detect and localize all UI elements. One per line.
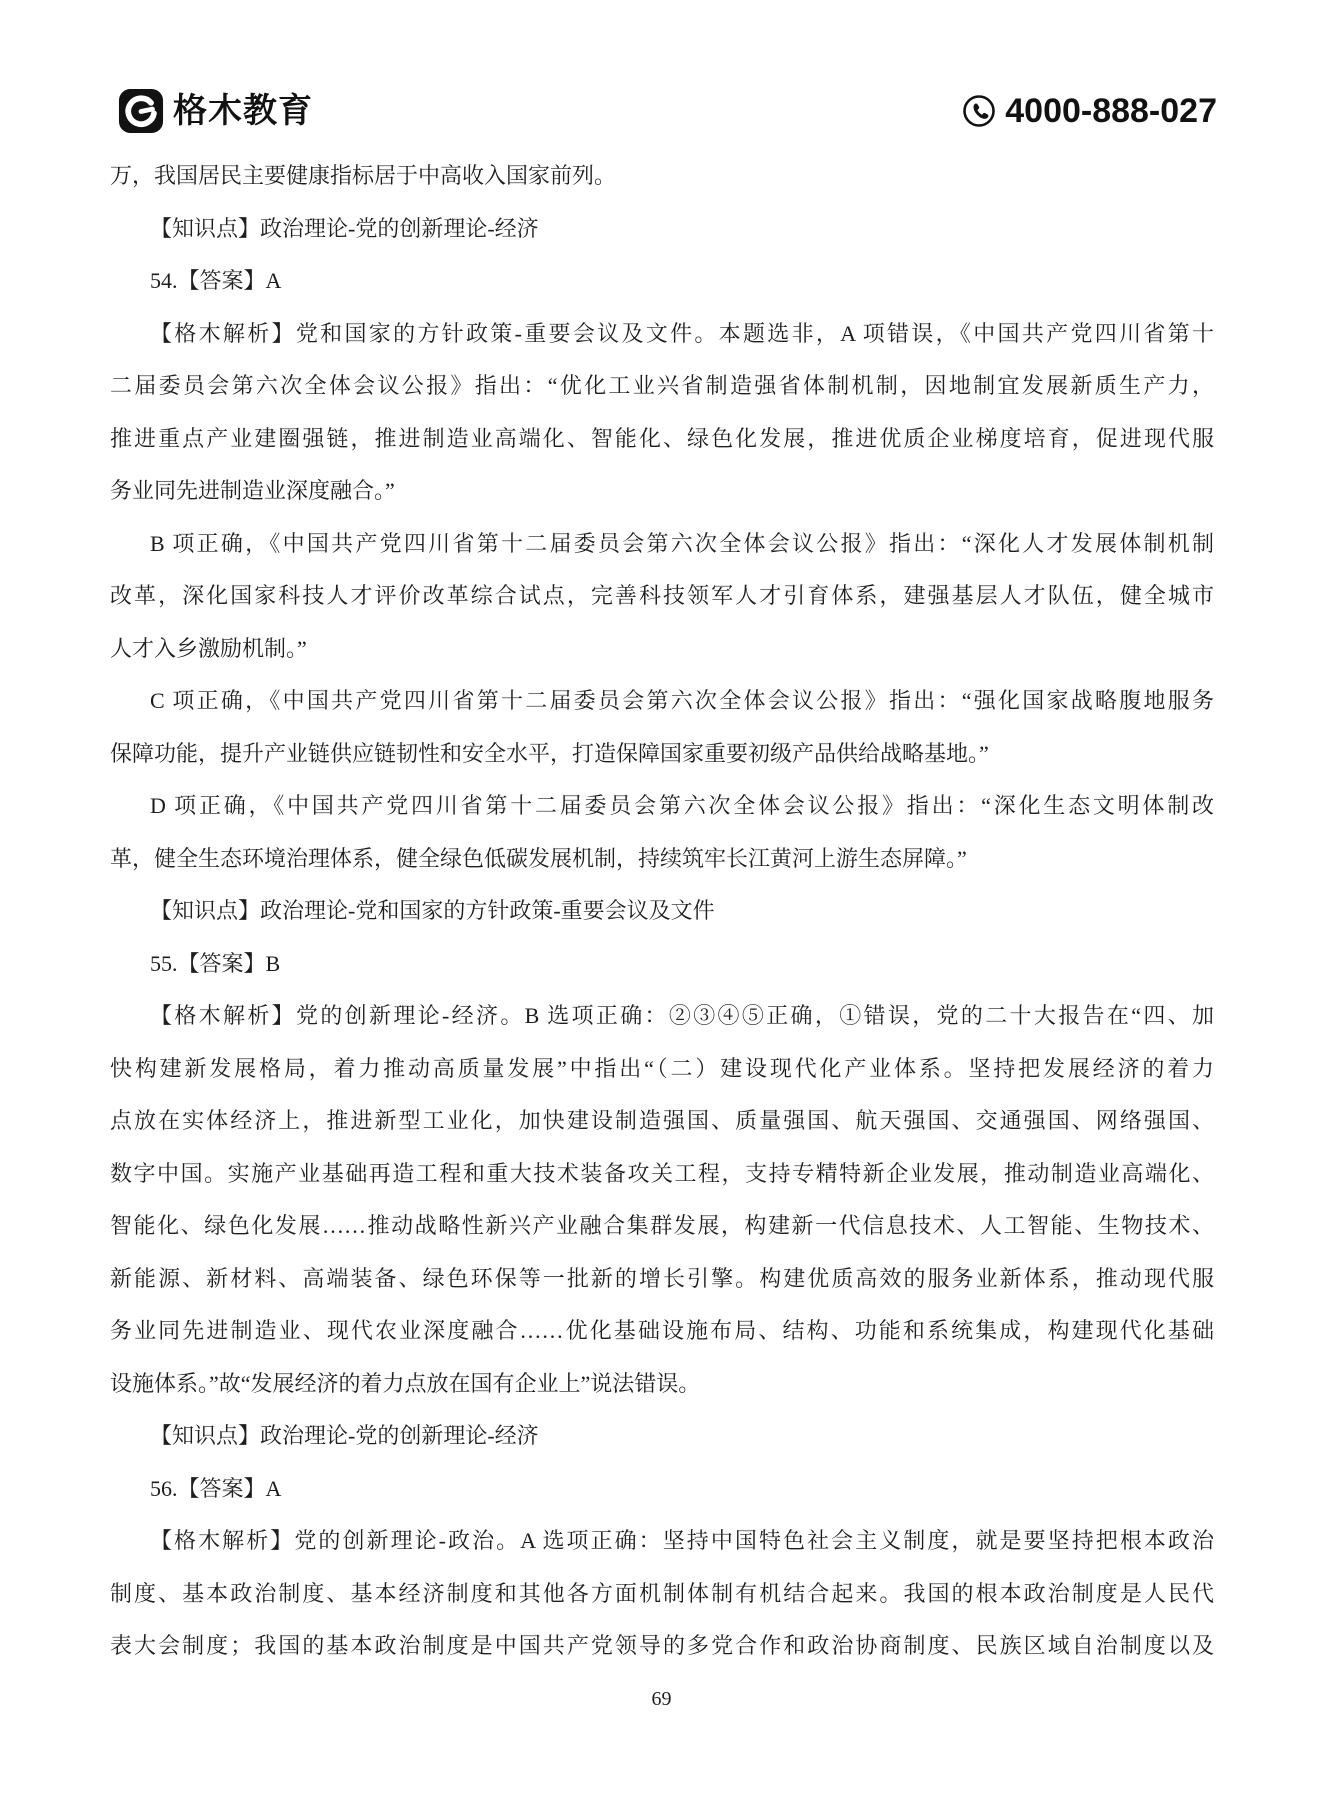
text-line: 56.【答案】A — [110, 1463, 1214, 1516]
page-header: 格木教育 4000-888-027 — [118, 84, 1217, 138]
text-line: 智能化、绿色化发展……推动战略性新兴产业融合集群发展，构建新一代信息技术、人工智… — [110, 1200, 1214, 1253]
text-line: C 项正确，《中国共产党四川省第十二届委员会第六次全体会议公报》指出：“强化国家… — [110, 675, 1214, 728]
para-analysis-54-d: D 项正确，《中国共产党四川省第十二届委员会第六次全体会议公报》指出：“深化生态… — [110, 780, 1214, 885]
text-line: 新能源、新材料、高端装备、绿色环保等一批新的增长引擎。构建优质高效的服务业新体系… — [110, 1253, 1214, 1306]
text-line: 【知识点】政治理论-党的创新理论-经济 — [110, 1410, 1214, 1463]
text-line: 【知识点】政治理论-党和国家的方针政策-重要会议及文件 — [110, 885, 1214, 938]
para-analysis-54-c: C 项正确，《中国共产党四川省第十二届委员会第六次全体会议公报》指出：“强化国家… — [110, 675, 1214, 780]
gemu-logo-icon — [118, 88, 164, 134]
para-answer-55: 55.【答案】B — [110, 938, 1214, 991]
phone-contact: 4000-888-027 — [961, 93, 1217, 129]
text-line: B 项正确，《中国共产党四川省第十二届委员会第六次全体会议公报》指出：“深化人才… — [110, 518, 1214, 571]
phone-icon — [961, 93, 997, 129]
text-line: 点放在实体经济上，推进新型工业化，加快建设制造强国、质量强国、航天强国、交通强国… — [110, 1095, 1214, 1148]
text-line: 革，健全生态环境治理体系，健全绿色低碳发展机制，持续筑牢长江黄河上游生态屏障。” — [110, 833, 1214, 886]
text-line: 务业同先进制造业、现代农业深度融合……优化基础设施布局、结构、功能和系统集成，构… — [110, 1305, 1214, 1358]
text-line: 【知识点】政治理论-党的创新理论-经济 — [110, 203, 1214, 256]
page-number: 69 — [652, 1688, 672, 1710]
text-line: 改革，深化国家科技人才评价改革综合试点，完善科技领军人才引育体系，建强基层人才队… — [110, 570, 1214, 623]
text-line: 推进重点产业建圈强链，推进制造业高端化、智能化、绿色化发展，推进优质企业梯度培育… — [110, 413, 1214, 466]
para-answer-54: 54.【答案】A — [110, 255, 1214, 308]
text-line: 快构建新发展格局，着力推动高质量发展”中指出“（二）建设现代化产业体系。坚持把发… — [110, 1043, 1214, 1096]
text-line: 务业同先进制造业深度融合。” — [110, 465, 1214, 518]
text-line: 54.【答案】A — [110, 255, 1214, 308]
text-line: 人才入乡激励机制。” — [110, 623, 1214, 676]
text-line: 制度、基本政治制度、基本经济制度和其他各方面机制体制有机结合起来。我国的根本政治… — [110, 1568, 1214, 1621]
text-line: 【格木解析】党和国家的方针政策-重要会议及文件。本题选非，A 项错误，《中国共产… — [110, 308, 1214, 361]
text-line: 55.【答案】B — [110, 938, 1214, 991]
text-line: 【格木解析】党的创新理论-政治。A 选项正确：坚持中国特色社会主义制度，就是要坚… — [110, 1515, 1214, 1568]
para-knowledge-point-53: 【知识点】政治理论-党的创新理论-经济 — [110, 203, 1214, 256]
phone-number: 4000-888-027 — [1005, 94, 1217, 128]
brand-name: 格木教育 — [173, 94, 313, 128]
text-line: 【格木解析】党的创新理论-经济。B 选项正确：②③④⑤正确，①错误，党的二十大报… — [110, 990, 1214, 1043]
document-body: 万，我国居民主要健康指标居于中高收入国家前列。【知识点】政治理论-党的创新理论-… — [110, 150, 1214, 1673]
para-analysis-54-b: B 项正确，《中国共产党四川省第十二届委员会第六次全体会议公报》指出：“深化人才… — [110, 518, 1214, 676]
para-analysis-54-a: 【格木解析】党和国家的方针政策-重要会议及文件。本题选非，A 项错误，《中国共产… — [110, 308, 1214, 518]
text-line: 保障功能，提升产业链供应链韧性和安全水平，打造保障国家重要初级产品供给战略基地。… — [110, 728, 1214, 781]
para-analysis-55: 【格木解析】党的创新理论-经济。B 选项正确：②③④⑤正确，①错误，党的二十大报… — [110, 990, 1214, 1410]
para-continuation: 万，我国居民主要健康指标居于中高收入国家前列。 — [110, 150, 1214, 203]
text-line: 万，我国居民主要健康指标居于中高收入国家前列。 — [110, 150, 1214, 203]
para-analysis-56: 【格木解析】党的创新理论-政治。A 选项正确：坚持中国特色社会主义制度，就是要坚… — [110, 1515, 1214, 1673]
text-line: 数字中国。实施产业基础再造工程和重大技术装备攻关工程，支持专精特新企业发展，推动… — [110, 1148, 1214, 1201]
brand-logo: 格木教育 — [118, 88, 313, 134]
text-line: 二届委员会第六次全体会议公报》指出：“优化工业兴省制造强省体制机制，因地制宜发展… — [110, 360, 1214, 413]
text-line: D 项正确，《中国共产党四川省第十二届委员会第六次全体会议公报》指出：“深化生态… — [110, 780, 1214, 833]
document-page: 格木教育 4000-888-027 万，我国居民主要健康指标居于中高收入国家前列… — [0, 0, 1323, 1795]
para-knowledge-point-54: 【知识点】政治理论-党和国家的方针政策-重要会议及文件 — [110, 885, 1214, 938]
para-knowledge-point-55: 【知识点】政治理论-党的创新理论-经济 — [110, 1410, 1214, 1463]
text-line: 表大会制度；我国的基本政治制度是中国共产党领导的多党合作和政治协商制度、民族区域… — [110, 1620, 1214, 1673]
para-answer-56: 56.【答案】A — [110, 1463, 1214, 1516]
text-line: 设施体系。”故“发展经济的着力点放在国有企业上”说法错误。 — [110, 1358, 1214, 1411]
page-footer: 69 — [0, 1688, 1323, 1711]
